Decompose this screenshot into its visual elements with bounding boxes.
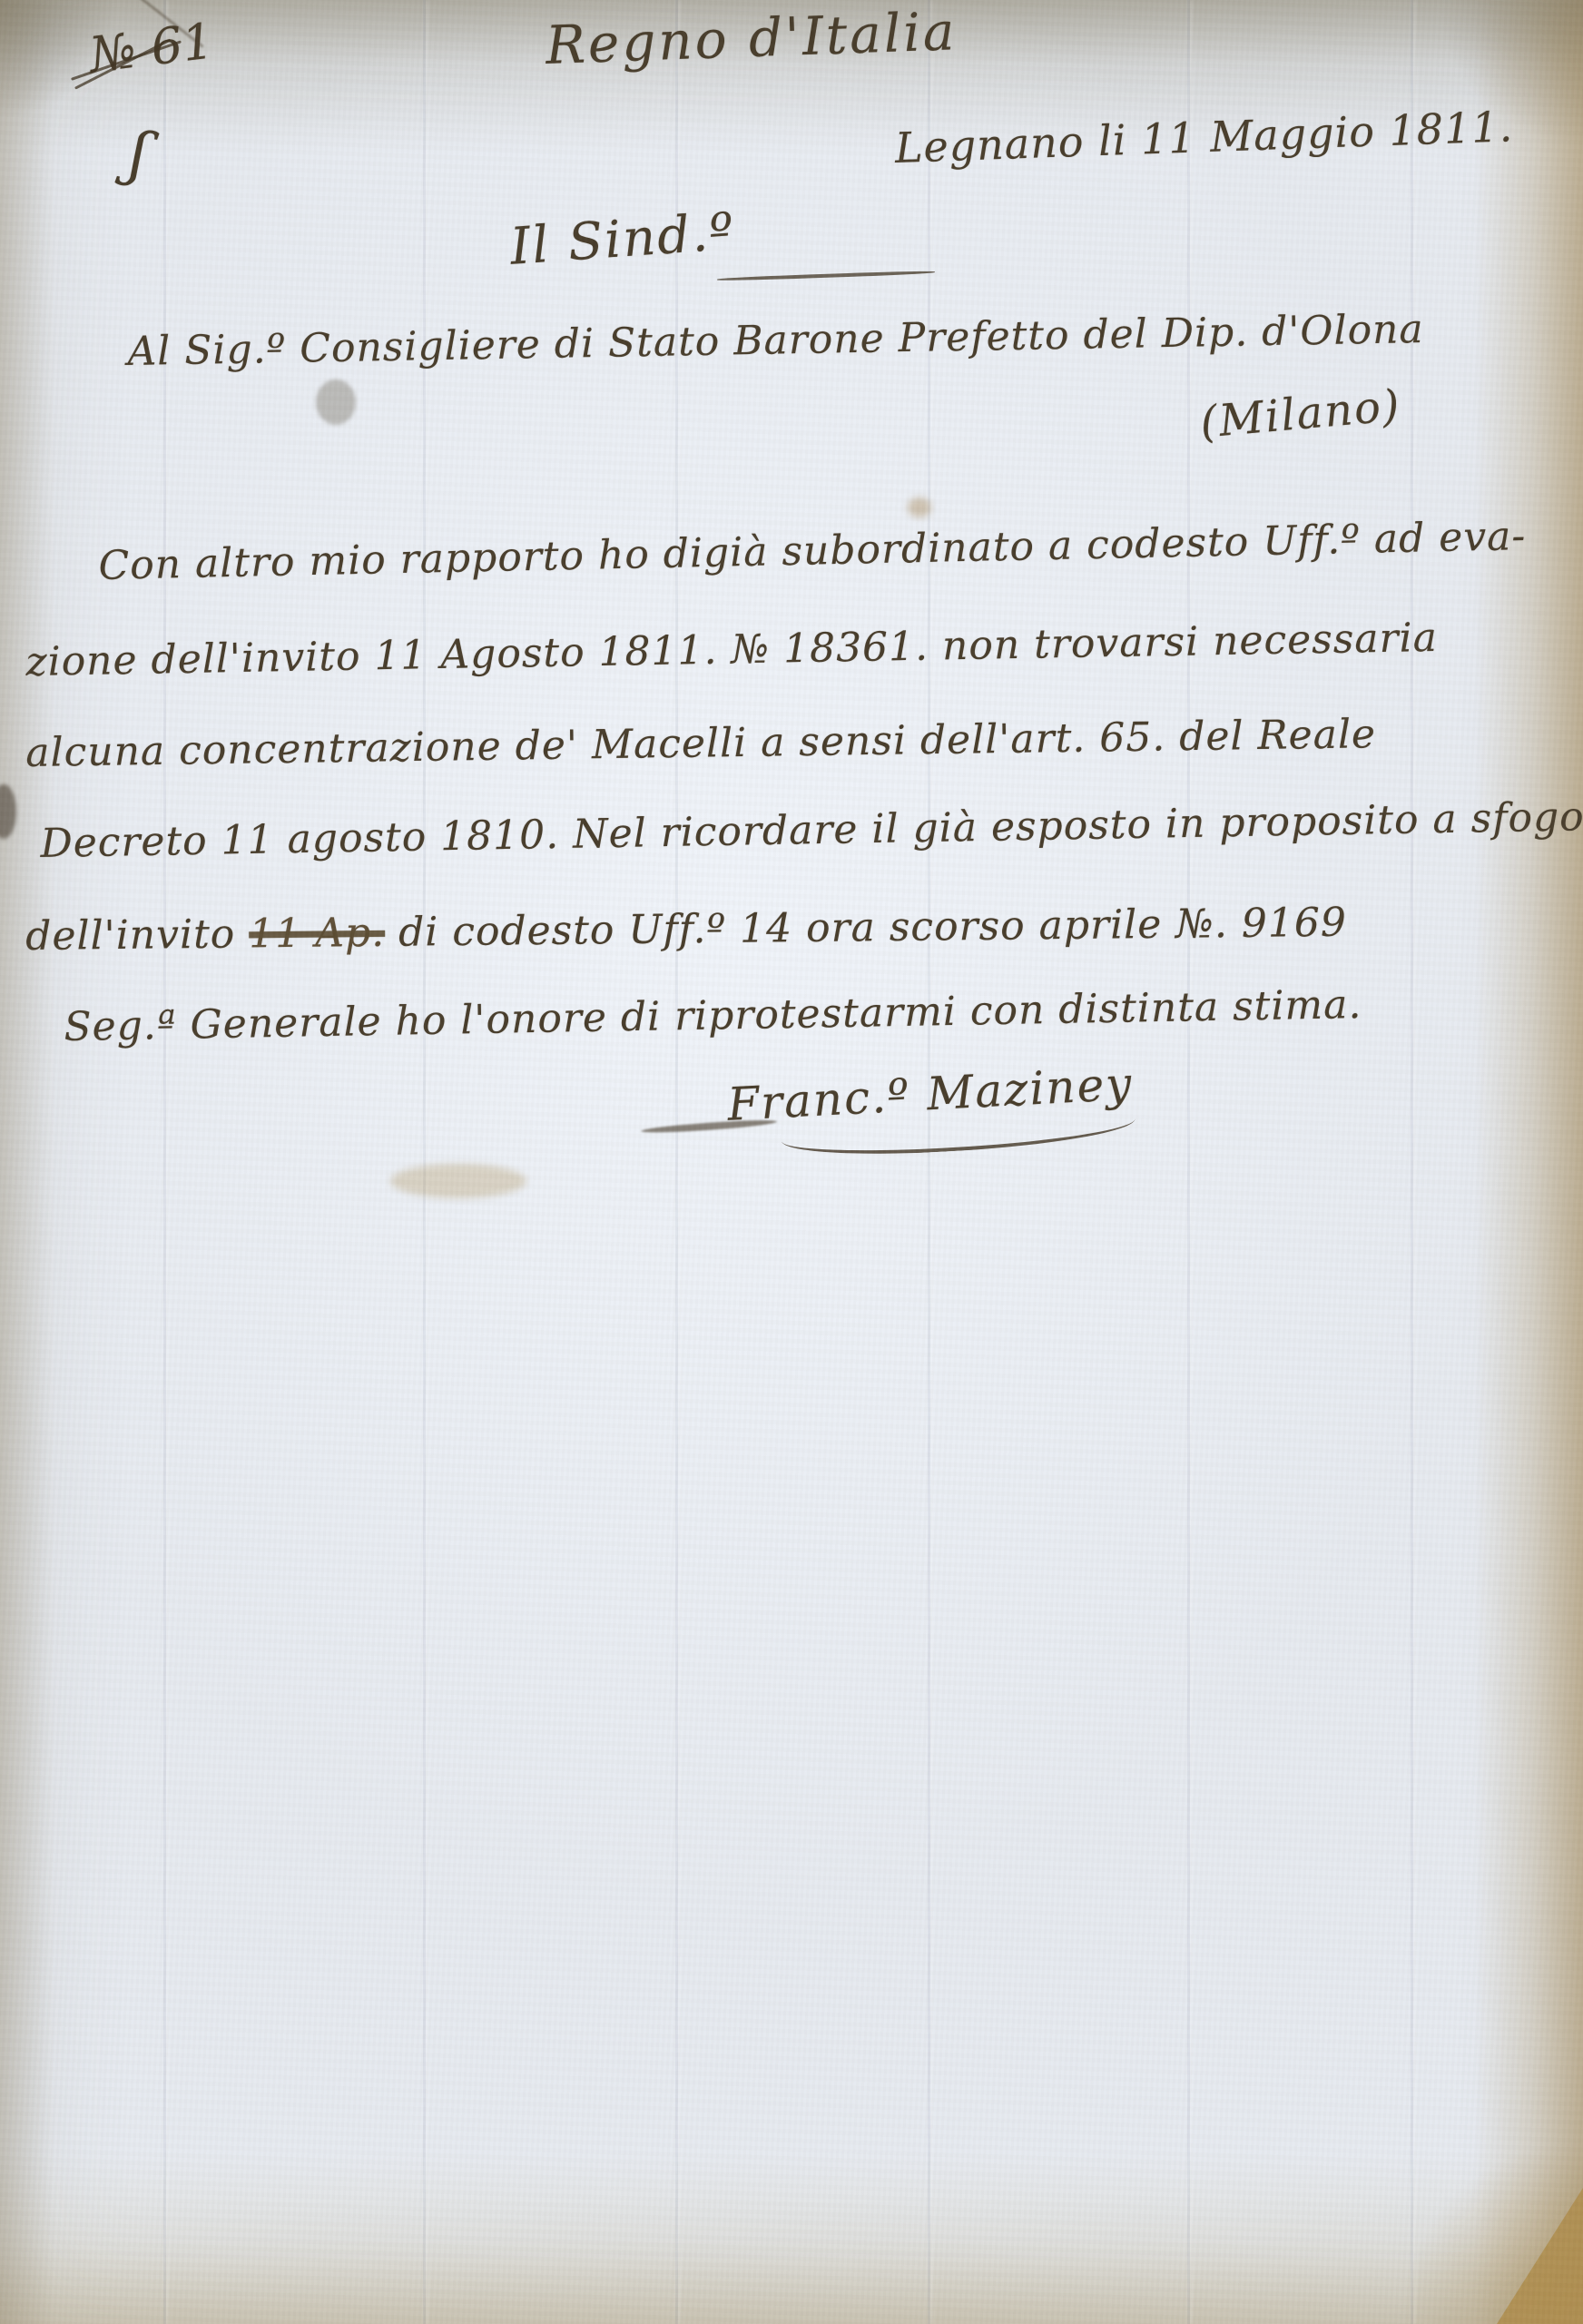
addressee-city: (Milano) (1198, 380, 1403, 448)
edge-blemish (0, 784, 16, 839)
dateline: Legnano li 11 Maggio 1811. (894, 102, 1514, 172)
sender-title: Il Sind.º (508, 202, 737, 277)
body-line-3: alcuna concentrazione de' Macelli a sens… (25, 711, 1376, 776)
paraph-mark: ʃ (125, 118, 152, 190)
body-line-5-strikethrough: 11 Ap. (249, 910, 385, 958)
kingdom-header: Regno d'Italia (545, 0, 958, 76)
addressee-line: Al Sig.º Consigliere di Stato Barone Pre… (127, 306, 1424, 375)
body-line-4: Decreto 11 agosto 1810. Nel ricordare il… (40, 793, 1583, 867)
paper-stain (908, 497, 931, 517)
body-line-2: zione dell'invito 11 Agosto 1811. № 1836… (25, 615, 1438, 685)
ink-smudge (316, 379, 356, 425)
body-line-1: Con altro mio rapporto ho digià subordin… (98, 513, 1527, 589)
manuscript-page: № 61 ʃ Regno d'Italia Legnano li 11 Magg… (0, 0, 1583, 2324)
sender-flourish-line (717, 271, 935, 281)
paper-stain (390, 1164, 526, 1198)
body-line-5-post: di codesto Uff.º 14 ora scorso aprile №.… (385, 900, 1347, 956)
body-line-6: Seg.ª Generale ho l'onore di riprotestar… (64, 981, 1362, 1050)
body-line-5-pre: dell'invito (25, 911, 249, 960)
body-line-5: dell'invito 11 Ap. di codesto Uff.º 14 o… (25, 900, 1347, 960)
corner-fold (1497, 2188, 1583, 2324)
